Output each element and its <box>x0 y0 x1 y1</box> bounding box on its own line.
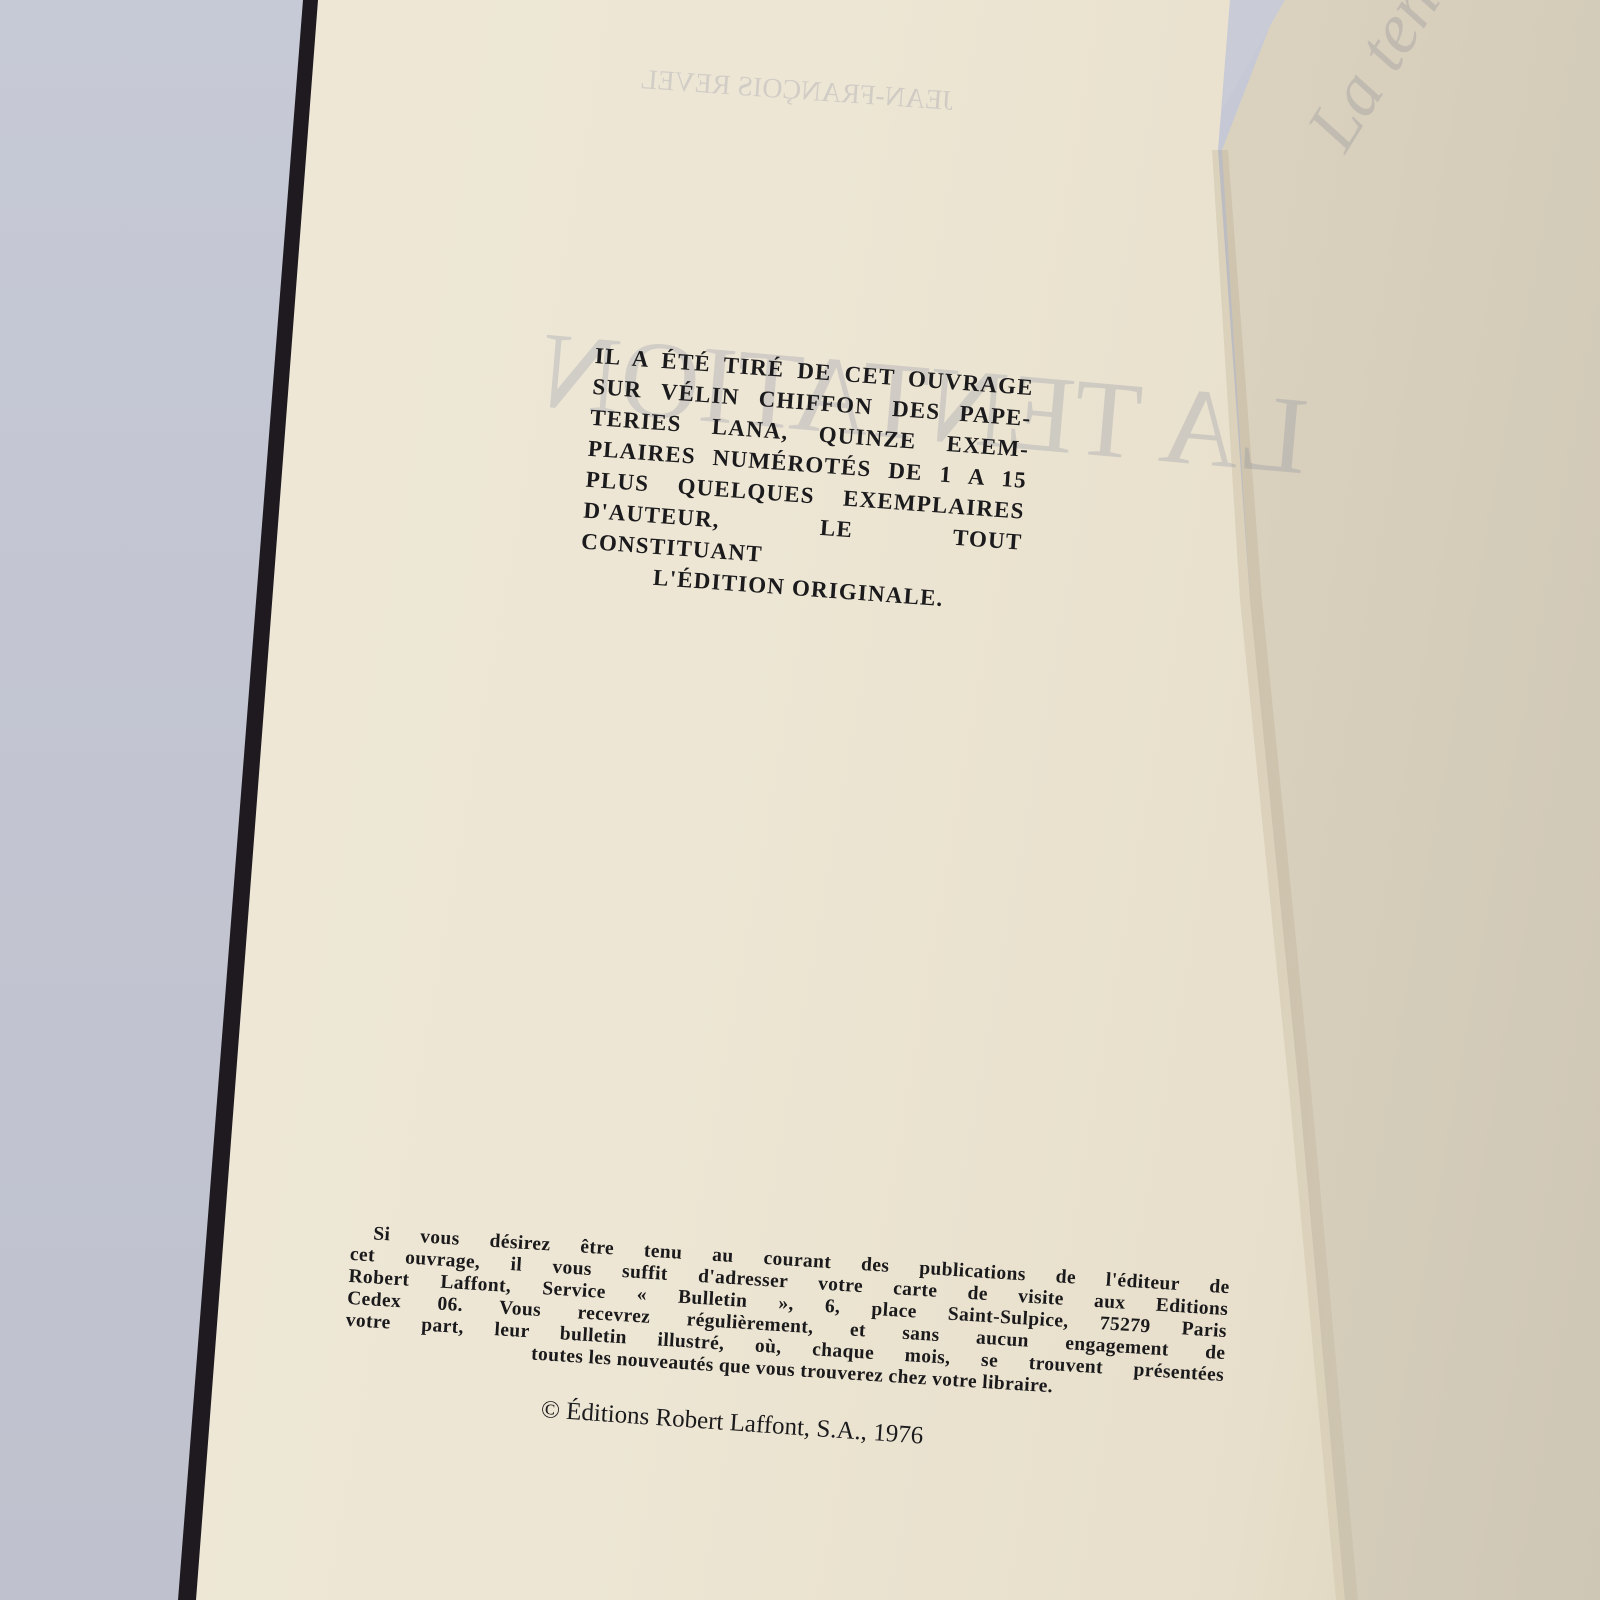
limitation-notice: IL A ÉTÉ TIRÉ DE CET OUVRAGE SUR VÉLIN C… <box>578 340 1035 620</box>
photo-scene: JEAN-FRANÇOIS REVEL LA TENTATION La tent… <box>0 0 1600 1600</box>
